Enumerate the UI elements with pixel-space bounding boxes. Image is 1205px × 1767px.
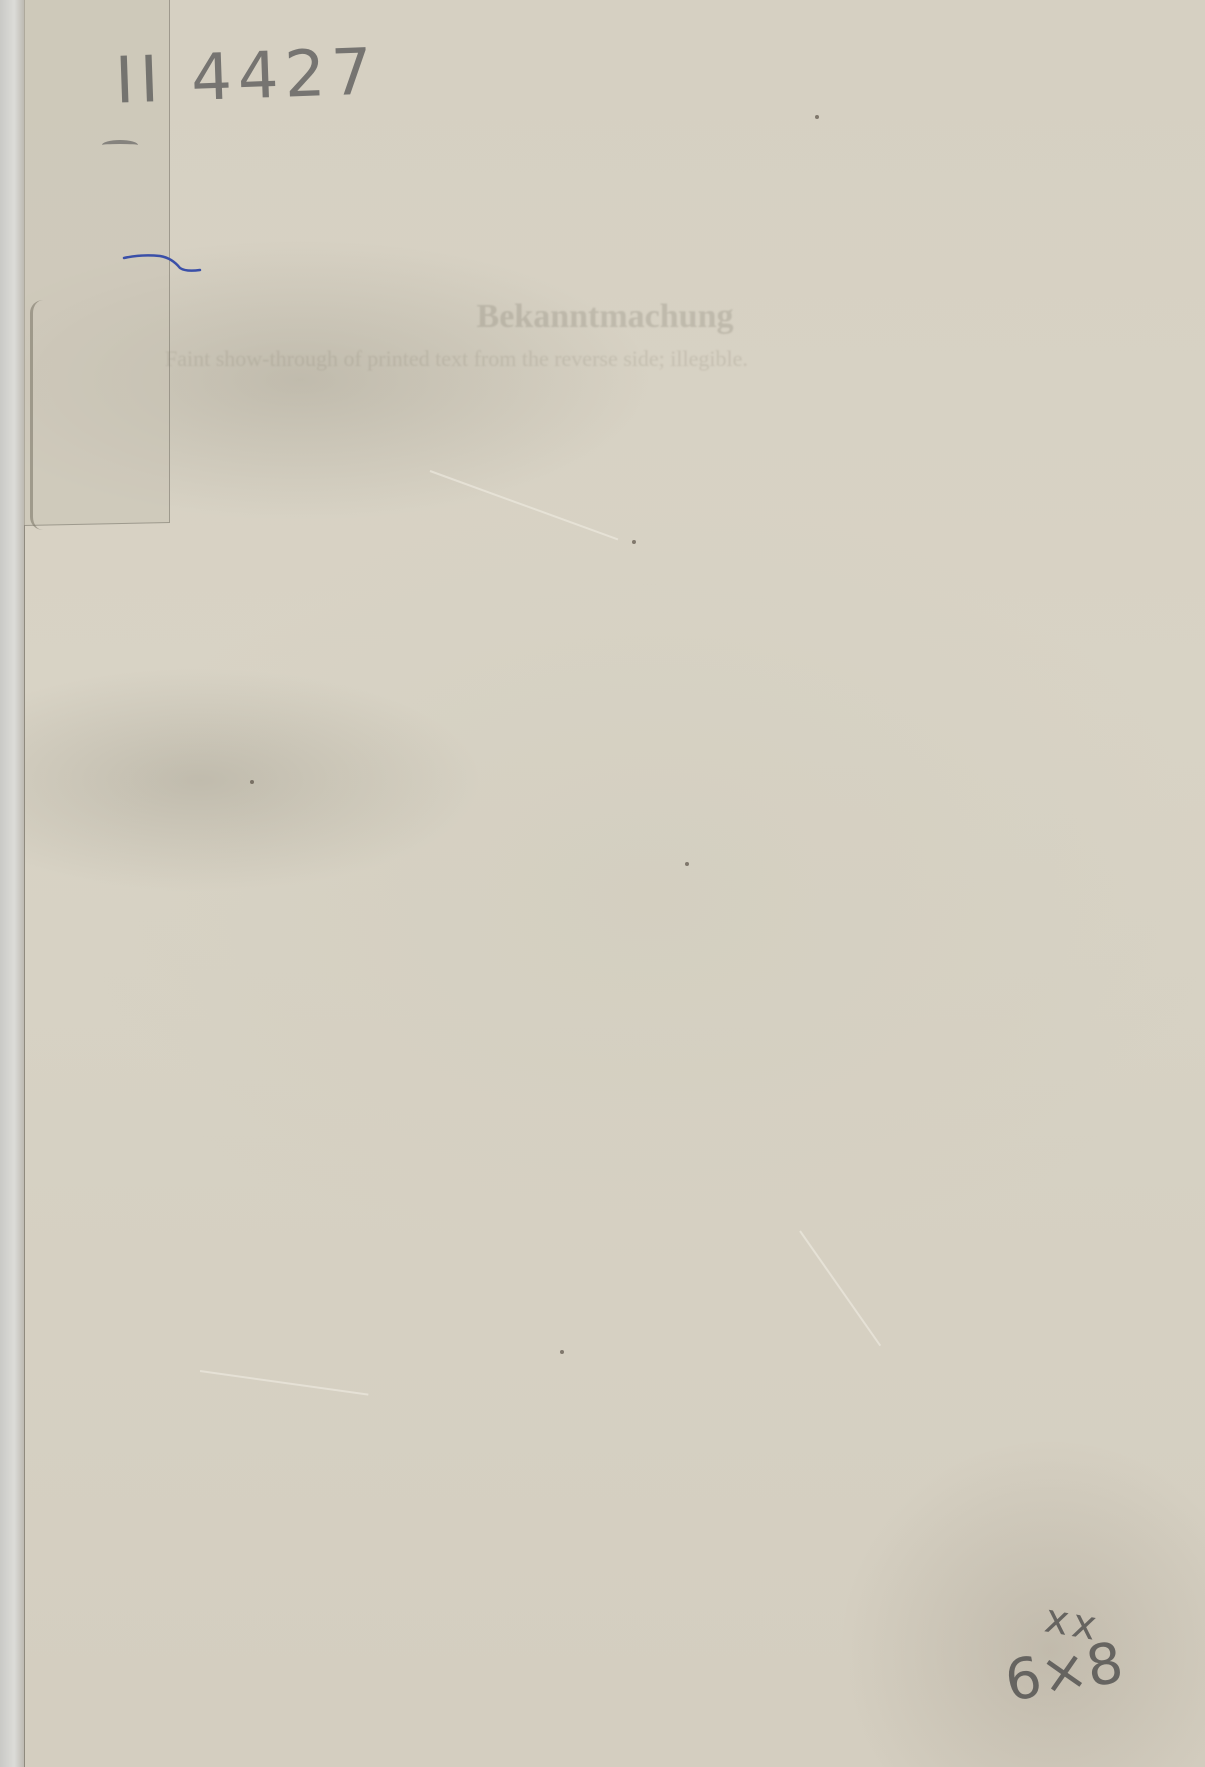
paper-crease xyxy=(799,1230,881,1346)
paper-speck xyxy=(815,115,819,119)
bleed-through-text: Bekanntmachung Faint show-through of pri… xyxy=(165,300,1045,376)
spine-edge xyxy=(30,300,43,530)
bleed-through-body: Faint show-through of printed text from … xyxy=(165,342,1045,376)
pencil-underline xyxy=(102,140,138,150)
paper-crease xyxy=(200,1370,369,1396)
bleed-through-title: Bekanntmachung xyxy=(165,300,1045,334)
paper-speck xyxy=(250,780,254,784)
binding-strip xyxy=(0,0,25,1767)
blue-pencil-mark-icon xyxy=(122,250,202,280)
paper-speck xyxy=(685,862,689,866)
scanned-page: II 4427 Bekanntmachung Faint show-throug… xyxy=(0,0,1205,1767)
paper-speck xyxy=(560,1350,564,1354)
shelfmark-annotation: II 4427 xyxy=(114,35,379,118)
corner-annotation-number: 6×8 xyxy=(1000,1630,1128,1715)
paper-speck xyxy=(632,540,636,544)
paper-crease xyxy=(430,470,619,540)
